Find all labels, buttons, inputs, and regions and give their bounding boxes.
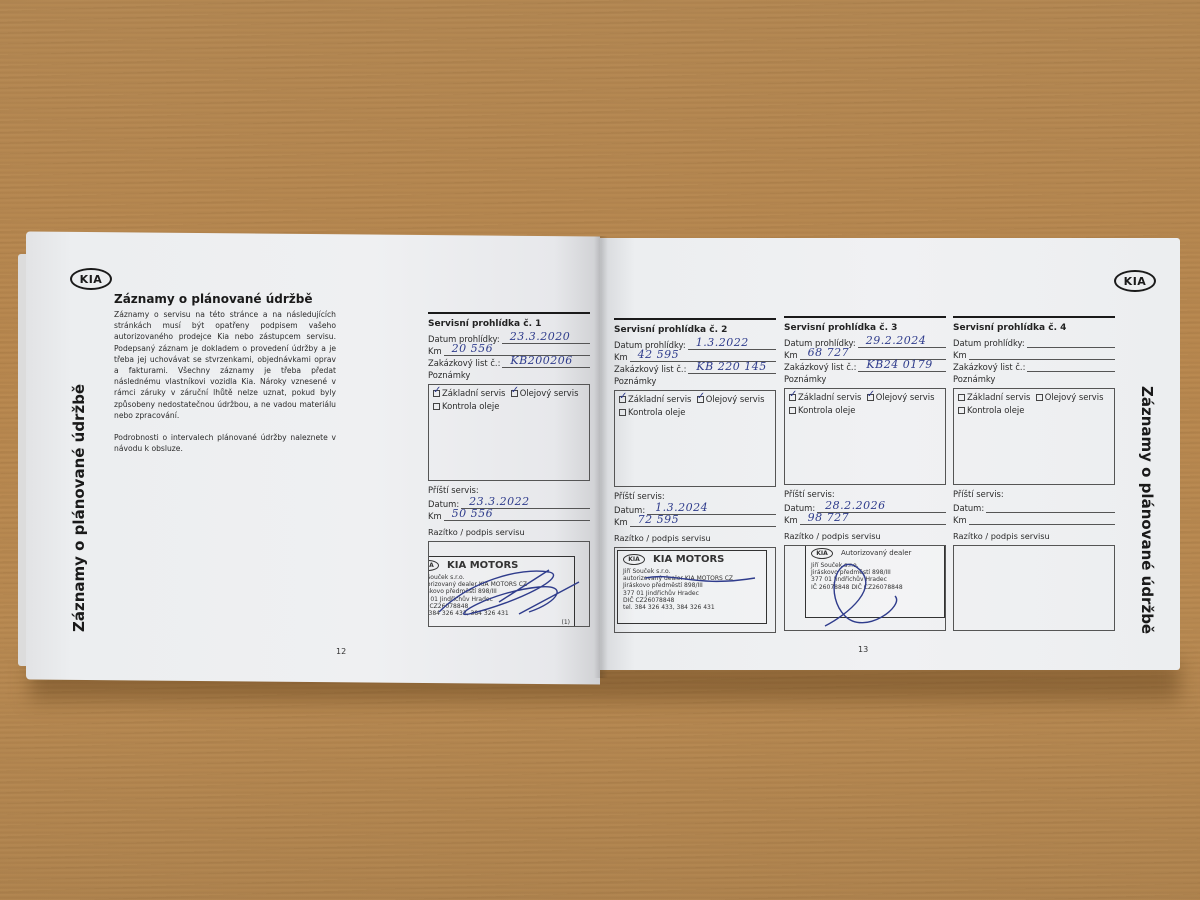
stamp-line: Jiří Souček s.r.o. — [428, 574, 569, 581]
order-sheet-field[interactable]: Zakázkový list č.: KB 220 145 — [614, 362, 776, 374]
inspection-date-line: 29.2.2024 — [858, 340, 946, 348]
notes-label: Poznámky — [614, 376, 776, 388]
inspection-date-value: 29.2.2024 — [866, 334, 926, 347]
km-label: Km — [614, 352, 628, 362]
inspection-date-line — [1027, 340, 1115, 348]
stamp-signature-label: Razítko / podpis servisu — [614, 533, 776, 545]
inspection-date-line: 23.3.2020 — [502, 336, 590, 344]
card-rule — [428, 312, 590, 314]
stamp-line: 377 01 Jindřichův Hradec — [428, 596, 569, 603]
next-date-line — [986, 505, 1115, 513]
notes-label: Poznámky — [784, 374, 946, 386]
oil-check-label: Kontrola oleje — [967, 405, 1024, 415]
oil-service-checkbox[interactable] — [511, 390, 518, 397]
stamp-signature-box[interactable]: KIAKIA MOTORSJiří Souček s.r.o.autorizov… — [428, 541, 590, 627]
basic-service-checkbox[interactable] — [619, 396, 626, 403]
stamp-kia-logo: KIA — [623, 554, 645, 565]
stamp-line: DIČ CZ26078848 — [623, 597, 761, 604]
order-sheet-field[interactable]: Zakázkový list č.: — [953, 360, 1115, 372]
order-sheet-label: Zakázkový list č.: — [428, 358, 500, 368]
oil-service-label: Olejový servis — [1045, 392, 1104, 402]
next-km-field[interactable]: Km 98 727 — [784, 513, 946, 525]
stamp-line: Jiráskovo předměstí 898/III — [811, 569, 939, 576]
inspection-date-label: Datum prohlídky: — [953, 338, 1025, 348]
stamp-line: IČ 26078848 DIČ CZ26078848 — [811, 584, 939, 591]
stamp-signature-label: Razítko / podpis servisu — [428, 527, 590, 539]
oil-service-checkbox[interactable] — [867, 394, 874, 401]
order-sheet-value: KB24 0179 — [866, 358, 932, 371]
dealer-stamp: KIAKIA MOTORSJiří Souček s.r.o.autorizov… — [428, 556, 575, 627]
next-km-value: 50 556 — [452, 507, 494, 520]
oil-service-checkbox[interactable] — [697, 396, 704, 403]
stamp-signature-box[interactable]: KIAKIA MOTORSJiří Souček s.r.o.autorizov… — [614, 547, 776, 633]
order-sheet-line: KB200206 — [502, 360, 590, 368]
inspection-date-field[interactable]: Datum prohlídky: — [953, 336, 1115, 348]
order-sheet-value: KB200206 — [510, 354, 572, 367]
card-rule — [784, 316, 946, 318]
next-km-field[interactable]: Km 50 556 — [428, 509, 590, 521]
stamp-kia-logo: KIA — [428, 560, 439, 571]
stamp-company: KIA MOTORS — [653, 556, 724, 563]
order-sheet-label: Zakázkový list č.: — [614, 364, 686, 374]
stamp-signature-box[interactable]: KIAAutorizovaný dealerJiří Souček s.r.o.… — [784, 545, 946, 631]
intro-paragraph: Podrobnosti o intervalech plánované údrž… — [114, 432, 336, 454]
basic-service-checkbox[interactable] — [958, 394, 965, 401]
stamp-company: KIA MOTORS — [447, 562, 518, 569]
stamp-line: tel. 384 326 433, 384 326 431 — [623, 604, 761, 611]
stamp-brand: KIAKIA MOTORS — [623, 554, 761, 565]
oil-service-label: Olejový servis — [520, 388, 579, 398]
notes-box[interactable]: Základní servis Olejový servis Kontrola … — [953, 388, 1115, 485]
oil-service-checkbox[interactable] — [1036, 394, 1043, 401]
dealer-stamp: KIAAutorizovaný dealerJiří Souček s.r.o.… — [805, 545, 945, 618]
inspection-date-value: 23.3.2020 — [510, 330, 570, 343]
km-line — [969, 352, 1115, 360]
basic-service-label: Základní servis — [442, 388, 505, 398]
next-km-line: 72 595 — [630, 519, 776, 527]
next-date-label: Datum: — [953, 503, 984, 513]
oil-check-checkbox[interactable] — [433, 403, 440, 410]
next-km-label: Km — [614, 517, 628, 527]
stamp-line: tel. 384 326 433, 384 326 431 — [428, 610, 569, 617]
page-number-left: 12 — [336, 647, 346, 656]
next-km-label: Km — [953, 515, 967, 525]
basic-service-label: Základní servis — [967, 392, 1030, 402]
notes-box[interactable]: Základní servis Olejový servis Kontrola … — [614, 390, 776, 487]
oil-check-label: Kontrola oleje — [628, 407, 685, 417]
stamp-line: autorizovaný dealer KIA MOTORS CZ — [428, 581, 569, 588]
dealer-stamp: KIAKIA MOTORSJiří Souček s.r.o.autorizov… — [617, 550, 767, 624]
next-date-field[interactable]: Datum: — [953, 501, 1115, 513]
next-km-line: 50 556 — [444, 513, 590, 521]
service-card: Servisní prohlídka č. 4 Datum prohlídky:… — [953, 316, 1115, 631]
next-service-label: Příští servis: — [953, 489, 1115, 501]
stamp-line: Jiří Souček s.r.o. — [623, 568, 761, 575]
order-sheet-value: KB 220 145 — [696, 360, 766, 373]
kia-logo-left: KIA — [70, 268, 112, 290]
oil-check-label: Kontrola oleje — [442, 401, 499, 411]
oil-service-label: Olejový servis — [706, 394, 765, 404]
inspection-date-value: 1.3.2022 — [696, 336, 749, 349]
km-value: 68 727 — [808, 346, 850, 359]
card-title: Servisní prohlídka č. 1 — [428, 319, 590, 329]
stamp-signature-box[interactable] — [953, 545, 1115, 631]
kia-logo-text: KIA — [1124, 275, 1147, 288]
service-card: Servisní prohlídka č. 1 Datum prohlídky:… — [428, 312, 590, 627]
page-number-right: 13 — [858, 645, 868, 654]
notes-box[interactable]: Základní servis Olejový servis Kontrola … — [784, 388, 946, 485]
card-title: Servisní prohlídka č. 3 — [784, 323, 946, 333]
card-rule — [953, 316, 1115, 318]
stamp-line: 377 01 Jindřichův Hradec — [811, 576, 939, 583]
km-label: Km — [428, 346, 442, 356]
basic-service-label: Základní servis — [628, 394, 691, 404]
km-value: 20 556 — [452, 342, 494, 355]
oil-service-label: Olejový servis — [876, 392, 935, 402]
km-label: Km — [784, 350, 798, 360]
intro-body: Záznamy o servisu na této stránce a na n… — [114, 309, 336, 454]
stamp-line: autorizovaný dealer KIA MOTORS CZ — [623, 575, 761, 582]
stamp-brand: KIAAutorizovaný dealer — [811, 548, 939, 559]
book-gutter — [594, 236, 608, 678]
km-field[interactable]: Km — [953, 348, 1115, 360]
service-card: Servisní prohlídka č. 2 Datum prohlídky:… — [614, 318, 776, 633]
notes-label: Poznámky — [428, 370, 590, 382]
inspection-date-line: 1.3.2022 — [688, 342, 776, 350]
oil-check-checkbox[interactable] — [789, 407, 796, 414]
card-title: Servisní prohlídka č. 2 — [614, 325, 776, 335]
next-km-field[interactable]: Km — [953, 513, 1115, 525]
notes-box[interactable]: Základní servis Olejový servis Kontrola … — [428, 384, 590, 481]
stamp-kia-logo: KIA — [811, 548, 833, 559]
intro-paragraph: Záznamy o servisu na této stránce a na n… — [114, 309, 336, 421]
next-km-value: 72 595 — [638, 513, 680, 526]
next-km-line: 98 727 — [800, 517, 946, 525]
side-title-right: Záznamy o plánované údržbě — [1138, 386, 1156, 634]
stamp-company: Autorizovaný dealer — [841, 550, 911, 557]
basic-service-label: Základní servis — [798, 392, 861, 402]
order-sheet-line — [1027, 364, 1115, 372]
kia-logo-text: KIA — [80, 273, 103, 286]
notes-label: Poznámky — [953, 374, 1115, 386]
oil-check-label: Kontrola oleje — [798, 405, 855, 415]
next-km-field[interactable]: Km 72 595 — [614, 515, 776, 527]
km-label: Km — [953, 350, 967, 360]
order-sheet-label: Zakázkový list č.: — [953, 362, 1025, 372]
next-km-line — [969, 517, 1115, 525]
next-km-value: 98 727 — [808, 511, 850, 524]
service-card: Servisní prohlídka č. 3 Datum prohlídky:… — [784, 316, 946, 631]
stamp-mark: (1) — [562, 619, 571, 626]
kia-logo-right: KIA — [1114, 270, 1156, 292]
oil-check-checkbox[interactable] — [619, 409, 626, 416]
next-km-label: Km — [428, 511, 442, 521]
basic-service-checkbox[interactable] — [789, 394, 796, 401]
stamp-line: DIČ CZ26078848 — [428, 603, 569, 610]
stamp-signature-label: Razítko / podpis servisu — [784, 531, 946, 543]
stamp-signature-label: Razítko / podpis servisu — [953, 531, 1115, 543]
order-sheet-field[interactable]: Zakázkový list č.: KB24 0179 — [784, 360, 946, 372]
stamp-line: 377 01 Jindřichův Hradec — [623, 590, 761, 597]
side-title-left: Záznamy o plánované údržbě — [70, 384, 88, 632]
card-rule — [614, 318, 776, 320]
stamp-line: Jiráskovo předměstí 898/III — [428, 588, 569, 595]
oil-check-checkbox[interactable] — [958, 407, 965, 414]
stamp-line: Jiří Souček s.r.o. — [811, 562, 939, 569]
next-km-label: Km — [784, 515, 798, 525]
km-value: 42 595 — [638, 348, 680, 361]
basic-service-checkbox[interactable] — [433, 390, 440, 397]
stamp-line: Jiráskovo předměstí 898/III — [623, 582, 761, 589]
stamp-brand: KIAKIA MOTORS — [428, 560, 569, 571]
intro-title: Záznamy o plánované údržbě — [114, 292, 312, 306]
order-sheet-field[interactable]: Zakázkový list č.: KB200206 — [428, 356, 590, 368]
card-title: Servisní prohlídka č. 4 — [953, 323, 1115, 333]
order-sheet-line: KB 220 145 — [688, 366, 776, 374]
order-sheet-label: Zakázkový list č.: — [784, 362, 856, 372]
order-sheet-line: KB24 0179 — [858, 364, 946, 372]
